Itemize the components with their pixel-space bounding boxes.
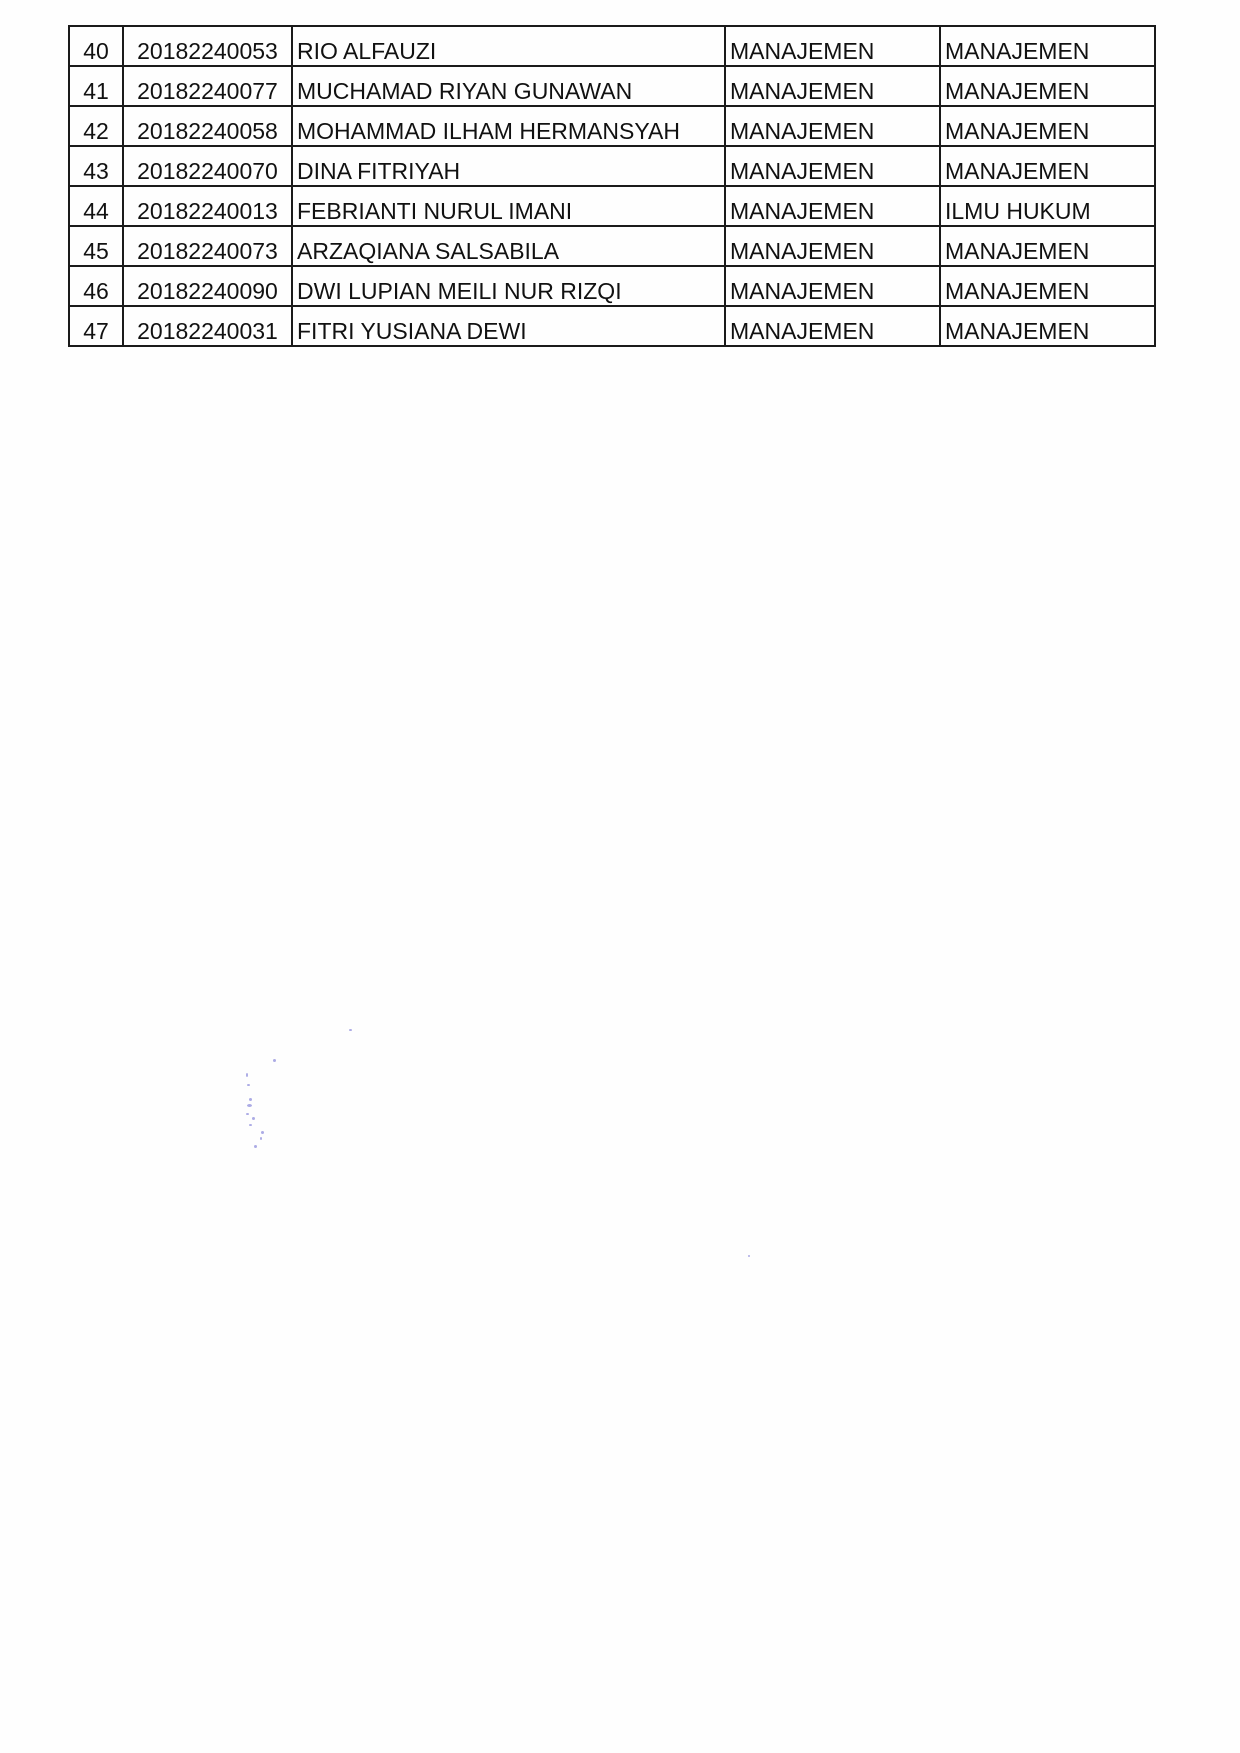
program-origin: MANAJEMEN	[725, 186, 940, 226]
program-target: MANAJEMEN	[940, 26, 1155, 66]
program-origin: MANAJEMEN	[725, 266, 940, 306]
scan-speck	[246, 1113, 249, 1115]
program-target: MANAJEMEN	[940, 106, 1155, 146]
student-name: RIO ALFAUZI	[292, 26, 725, 66]
student-table-body: 40 20182240053 RIO ALFAUZI MANAJEMEN MAN…	[69, 26, 1155, 346]
scan-speck	[247, 1084, 250, 1086]
program-origin: MANAJEMEN	[725, 226, 940, 266]
program-origin: MANAJEMEN	[725, 66, 940, 106]
table-row: 41 20182240077 MUCHAMAD RIYAN GUNAWAN MA…	[69, 66, 1155, 106]
row-number: 45	[69, 226, 123, 266]
scan-speck	[260, 1137, 262, 1140]
scan-speck	[249, 1124, 252, 1126]
program-target: MANAJEMEN	[940, 66, 1155, 106]
program-target: MANAJEMEN	[940, 266, 1155, 306]
program-target: ILMU HUKUM	[940, 186, 1155, 226]
student-name: FEBRIANTI NURUL IMANI	[292, 186, 725, 226]
scan-speck	[748, 1255, 750, 1257]
table-row: 44 20182240013 FEBRIANTI NURUL IMANI MAN…	[69, 186, 1155, 226]
row-number: 41	[69, 66, 123, 106]
row-number: 43	[69, 146, 123, 186]
table-row: 45 20182240073 ARZAQIANA SALSABILA MANAJ…	[69, 226, 1155, 266]
program-target: MANAJEMEN	[940, 146, 1155, 186]
student-name: MUCHAMAD RIYAN GUNAWAN	[292, 66, 725, 106]
program-origin: MANAJEMEN	[725, 106, 940, 146]
student-name: FITRI YUSIANA DEWI	[292, 306, 725, 346]
scan-speck	[261, 1131, 264, 1134]
row-number: 44	[69, 186, 123, 226]
student-id: 20182240070	[123, 146, 292, 186]
table-row: 40 20182240053 RIO ALFAUZI MANAJEMEN MAN…	[69, 26, 1155, 66]
student-id: 20182240058	[123, 106, 292, 146]
program-origin: MANAJEMEN	[725, 146, 940, 186]
table-row: 42 20182240058 MOHAMMAD ILHAM HERMANSYAH…	[69, 106, 1155, 146]
table-row: 47 20182240031 FITRI YUSIANA DEWI MANAJE…	[69, 306, 1155, 346]
program-target: MANAJEMEN	[940, 226, 1155, 266]
student-id: 20182240077	[123, 66, 292, 106]
program-origin: MANAJEMEN	[725, 26, 940, 66]
scan-speck	[254, 1145, 257, 1148]
scan-speck	[246, 1073, 248, 1077]
row-number: 40	[69, 26, 123, 66]
student-name: DWI LUPIAN MEILI NUR RIZQI	[292, 266, 725, 306]
scan-speck	[252, 1117, 255, 1120]
student-name: DINA FITRIYAH	[292, 146, 725, 186]
student-name: ARZAQIANA SALSABILA	[292, 226, 725, 266]
student-id: 20182240031	[123, 306, 292, 346]
student-id: 20182240073	[123, 226, 292, 266]
table-row: 46 20182240090 DWI LUPIAN MEILI NUR RIZQ…	[69, 266, 1155, 306]
scanned-page: 40 20182240053 RIO ALFAUZI MANAJEMEN MAN…	[0, 0, 1240, 1753]
scan-speck	[273, 1059, 276, 1062]
student-table: 40 20182240053 RIO ALFAUZI MANAJEMEN MAN…	[68, 25, 1156, 347]
row-number: 47	[69, 306, 123, 346]
program-target: MANAJEMEN	[940, 306, 1155, 346]
student-id: 20182240090	[123, 266, 292, 306]
student-id: 20182240053	[123, 26, 292, 66]
table-row: 43 20182240070 DINA FITRIYAH MANAJEMEN M…	[69, 146, 1155, 186]
scan-speck	[247, 1104, 252, 1107]
student-id: 20182240013	[123, 186, 292, 226]
scan-speck	[249, 1098, 252, 1101]
row-number: 46	[69, 266, 123, 306]
program-origin: MANAJEMEN	[725, 306, 940, 346]
row-number: 42	[69, 106, 123, 146]
student-name: MOHAMMAD ILHAM HERMANSYAH	[292, 106, 725, 146]
scan-speck	[349, 1029, 352, 1031]
